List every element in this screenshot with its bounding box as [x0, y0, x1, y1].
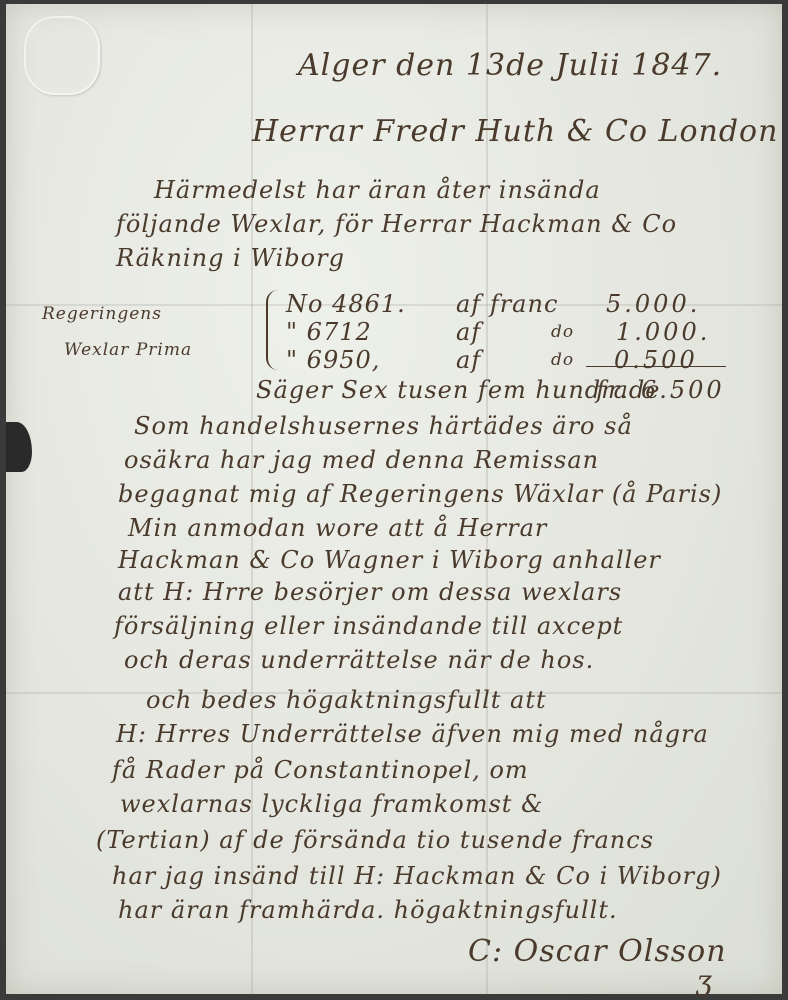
bill-of: af: [456, 346, 481, 374]
bill-label: Regeringens: [42, 304, 162, 324]
bill-ditto: do: [551, 350, 574, 370]
bill-amount: 0.500: [614, 346, 698, 374]
total-amount: fr. 6.500: [596, 376, 725, 404]
body-line: (Tertian) af de försända tio tusende fra…: [96, 826, 654, 854]
body-line: har jag insänd till H: Hackman & Co i Wi…: [112, 862, 722, 890]
sum-underline: [586, 366, 726, 367]
body-line: Hackman & Co Wagner i Wiborg anhaller: [118, 546, 661, 574]
body-line: har äran framhärda. högaktningsfullt.: [118, 896, 618, 924]
body-line: H: Hrres Underrättelse äfven mig med någ…: [116, 720, 709, 748]
body-line: begagnat mig af Regeringens Wäxlar (å Pa…: [118, 480, 722, 508]
signature: C: Oscar Olsson: [468, 934, 727, 969]
intro-line: Härmedelst har äran åter insända: [154, 176, 601, 204]
body-line: att H: Hrre besörjer om dessa wexlars: [118, 578, 622, 606]
embossed-seal-icon: [24, 16, 100, 95]
bill-of: af: [456, 318, 481, 346]
bill-label: Wexlar Prima: [64, 340, 192, 360]
letter-paper: Alger den 13de Julii 1847. Herrar Fredr …: [6, 4, 782, 994]
bill-amount: 1.000.: [616, 318, 710, 346]
salutation: Herrar Fredr Huth & Co London: [252, 114, 778, 149]
signature-flourish-icon: ʒ: [696, 964, 712, 997]
body-line: Min anmodan wore att å Herrar: [128, 514, 547, 542]
body-line: osäkra har jag med denna Remissan: [124, 446, 599, 474]
intro-line: följande Wexlar, för Herrar Hackman & Co: [116, 210, 677, 238]
bill-number: " 6950,: [286, 346, 380, 374]
body-line: och deras underrättelse när de hos.: [124, 646, 594, 674]
bill-number: " 6712: [286, 318, 372, 346]
bill-amount: 5.000.: [606, 290, 700, 318]
bill-ditto: do: [551, 322, 574, 342]
body-line: få Rader på Constantinopel, om: [112, 756, 529, 784]
intro-line: Räkning i Wiborg: [116, 244, 345, 272]
body-line: och bedes högaktningsfullt att: [146, 686, 547, 714]
body-line: försäljning eller insändande till axcept: [114, 612, 623, 640]
body-line: wexlarnas lyckliga framkomst &: [120, 790, 543, 818]
bill-number: No 4861.: [286, 290, 406, 318]
body-line: Som handelshusernes härtädes äro så: [134, 412, 633, 440]
bill-of: af franc: [456, 290, 558, 318]
brace: [266, 290, 282, 370]
torn-edge: [6, 422, 32, 472]
dateline: Alger den 13de Julii 1847.: [298, 48, 722, 83]
